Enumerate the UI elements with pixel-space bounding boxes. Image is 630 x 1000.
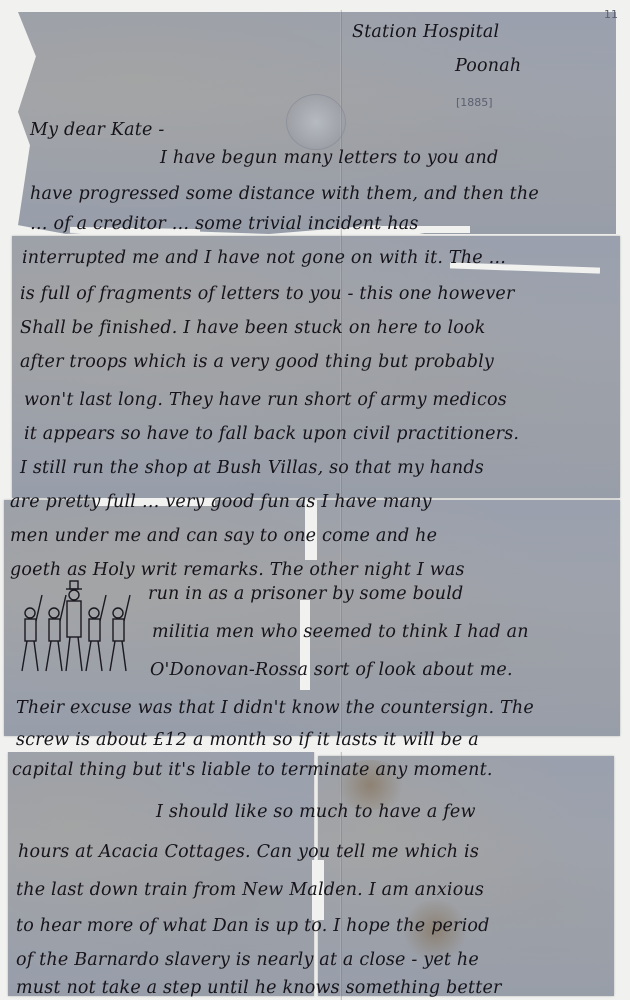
letter-line: is full of fragments of letters to you -…: [20, 284, 515, 304]
letter-line: men under me and can say to one come and…: [10, 526, 437, 546]
letter-line: I should like so much to have a few: [156, 802, 476, 822]
letter-line: O'Donovan-Rossa sort of look about me.: [150, 660, 513, 680]
letter-line: Their excuse was that I didn't know the …: [16, 698, 534, 718]
archive-date-annotation: [1885]: [456, 96, 493, 109]
letter-line: capital thing but it's liable to termina…: [12, 760, 493, 780]
letter-line: the last down train from New Malden. I a…: [16, 880, 484, 900]
letter-line: run in as a prisoner by some bould: [148, 584, 463, 604]
letter-line: I have begun many letters to you and: [160, 148, 498, 168]
letter-line: hours at Acacia Cottages. Can you tell m…: [18, 842, 479, 862]
marching-soldiers-sketch-icon: [12, 575, 132, 685]
letter-line: have progressed some distance with them,…: [30, 184, 539, 204]
letter-line: it appears so have to fall back upon civ…: [24, 424, 519, 444]
letter-line: I still run the shop at Bush Villas, so …: [20, 458, 484, 478]
address-line-1: Station Hospital: [352, 22, 499, 42]
letter-line: after troops which is a very good thing …: [20, 352, 494, 372]
letter-line: are pretty full … very good fun as I hav…: [10, 492, 432, 512]
letter-line: of the Barnardo slavery is nearly at a c…: [16, 950, 479, 970]
salutation: My dear Kate -: [30, 120, 164, 140]
letter-line: interrupted me and I have not gone on wi…: [22, 248, 506, 268]
address-line-2: Poonah: [455, 56, 521, 76]
letter-line: won't last long. They have run short of …: [24, 390, 507, 410]
letter-line: must not take a step until he knows some…: [16, 978, 502, 998]
letter-line: Shall be finished. I have been stuck on …: [20, 318, 486, 338]
page-number-mark: 11: [604, 8, 618, 21]
embossed-seal: [286, 94, 346, 150]
letter-line: screw is about £12 a month so if it last…: [16, 730, 479, 750]
letter-line: … of a creditor … some trivial incident …: [30, 214, 419, 234]
letter-line: militia men who seemed to think I had an: [152, 622, 529, 642]
letter-line: to hear more of what Dan is up to. I hop…: [16, 916, 490, 936]
